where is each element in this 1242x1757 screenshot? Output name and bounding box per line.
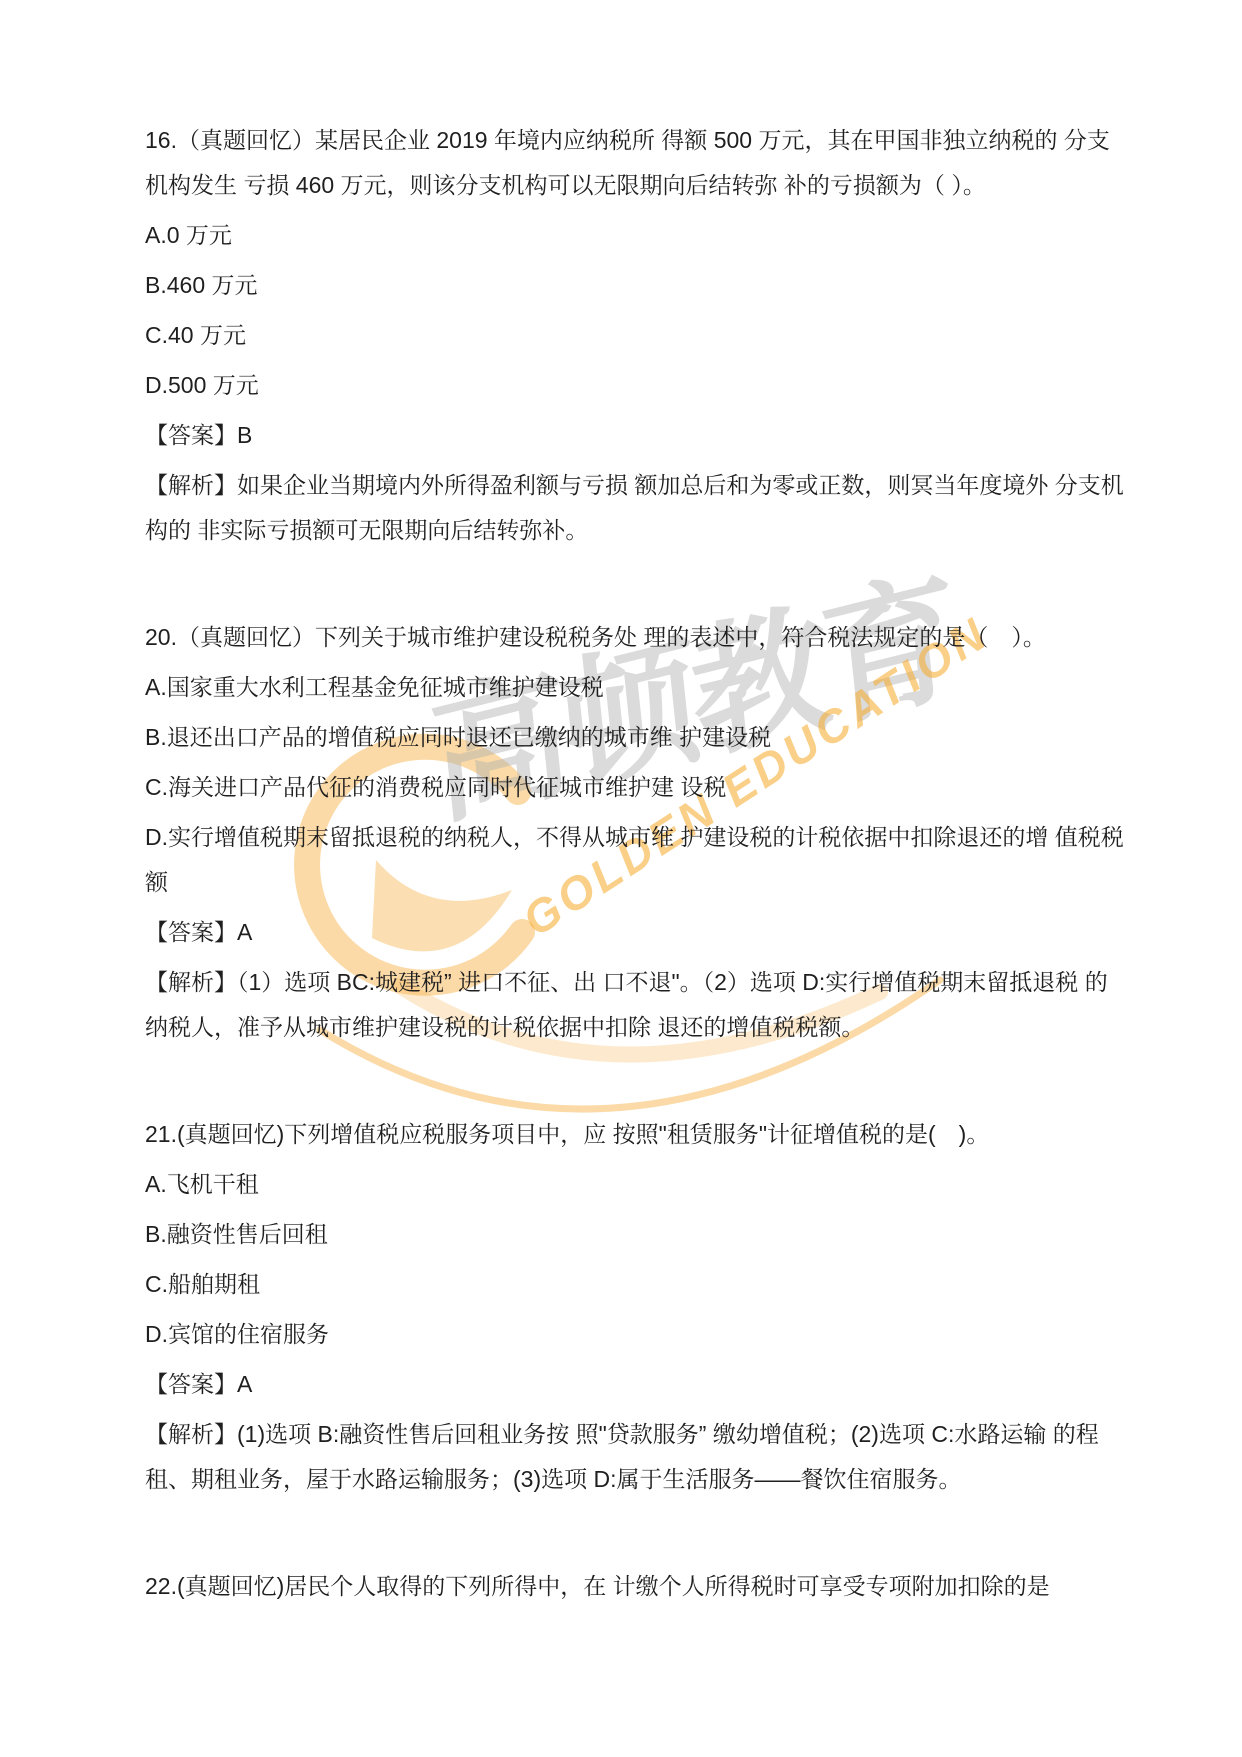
question-16-option-b: B.460 万元 xyxy=(145,263,1130,308)
question-16-answer: 【答案】B xyxy=(145,413,1130,458)
question-20-analysis: 【解析】（1）选项 BC:城建税” 进口不征、出 口不退"。（2）选项 D:实行… xyxy=(145,960,1130,1050)
question-16-analysis: 【解析】如果企业当期境内外所得盈利额与亏损 额加总后和为零或正数，则冥当年度境外… xyxy=(145,463,1130,553)
question-20-option-a: A.国家重大水利工程基金免征城市维护建设税 xyxy=(145,665,1130,710)
document-page: 16.（真题回忆）某居民企业 2019 年境内应纳税所 得额 500 万元，其在… xyxy=(145,118,1130,1614)
question-16-option-d: D.500 万元 xyxy=(145,363,1130,408)
question-21-answer: 【答案】A xyxy=(145,1362,1130,1407)
question-21: 21.(真题回忆)下列增值税应税服务项目中，应 按照"租赁服务"计征增值税的是(… xyxy=(145,1112,1130,1502)
question-21-option-a: A.飞机干租 xyxy=(145,1162,1130,1207)
question-20-answer: 【答案】A xyxy=(145,910,1130,955)
question-16: 16.（真题回忆）某居民企业 2019 年境内应纳税所 得额 500 万元，其在… xyxy=(145,118,1130,553)
question-16-option-a: A.0 万元 xyxy=(145,213,1130,258)
question-16-option-c: C.40 万元 xyxy=(145,313,1130,358)
question-22: 22.(真题回忆)居民个人取得的下列所得中，在 计缴个人所得税时可享受专项附加扣… xyxy=(145,1564,1130,1609)
question-20-option-d: D.实行增值税期末留抵退税的纳税人，不得从城市维 护建设税的计税依据中扣除退还的… xyxy=(145,815,1130,905)
question-21-stem: 21.(真题回忆)下列增值税应税服务项目中，应 按照"租赁服务"计征增值税的是(… xyxy=(145,1112,1130,1157)
question-20: 20.（真题回忆）下列关于城市维护建设税税务处 理的表述中，符合税法规定的是（ … xyxy=(145,615,1130,1050)
question-16-stem: 16.（真题回忆）某居民企业 2019 年境内应纳税所 得额 500 万元，其在… xyxy=(145,118,1130,208)
question-20-stem: 20.（真题回忆）下列关于城市维护建设税税务处 理的表述中，符合税法规定的是（ … xyxy=(145,615,1130,660)
question-21-option-b: B.融资性售后回租 xyxy=(145,1212,1130,1257)
question-21-analysis: 【解析】(1)选项 B:融资性售后回租业务按 照"贷款服务” 缴幼增值税；(2)… xyxy=(145,1412,1130,1502)
question-20-option-c: C.海关进口产品代征的消费税应同时代征城市维护建 设税 xyxy=(145,765,1130,810)
question-22-stem: 22.(真题回忆)居民个人取得的下列所得中，在 计缴个人所得税时可享受专项附加扣… xyxy=(145,1564,1130,1609)
question-21-option-c: C.船舶期租 xyxy=(145,1262,1130,1307)
question-20-option-b: B.退还出口产品的增值税应同时退还已缴纳的城市维 护建设税 xyxy=(145,715,1130,760)
question-21-option-d: D.宾馆的住宿服务 xyxy=(145,1312,1130,1357)
